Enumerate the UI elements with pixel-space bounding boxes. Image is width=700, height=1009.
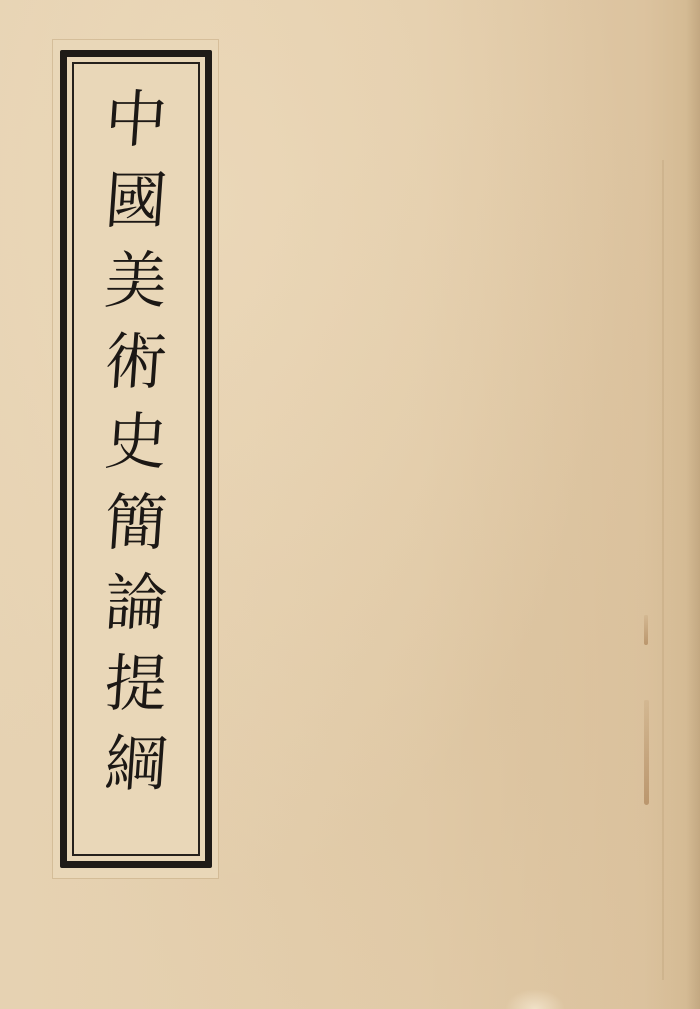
- title-character: 論: [102, 563, 170, 644]
- title-character: 史: [102, 402, 170, 483]
- cover-edge-shadow: [686, 0, 700, 1009]
- book-cover: 中 國 美 術 史 簡 論 提 綱: [0, 0, 700, 1009]
- title-character: 術: [102, 322, 170, 403]
- title-character: 中: [102, 80, 170, 161]
- title-character: 提: [102, 644, 170, 725]
- title-label: 中 國 美 術 史 簡 論 提 綱: [53, 40, 218, 878]
- cover-fold-line: [662, 160, 664, 980]
- water-stain: [644, 700, 649, 805]
- title-character: 國: [102, 161, 170, 242]
- worn-corner: [505, 989, 565, 1009]
- title-character: 綱: [102, 724, 170, 805]
- title-character: 美: [102, 241, 170, 322]
- book-title: 中 國 美 術 史 簡 論 提 綱: [72, 80, 200, 805]
- water-stain: [644, 615, 648, 645]
- title-character: 簡: [102, 483, 170, 564]
